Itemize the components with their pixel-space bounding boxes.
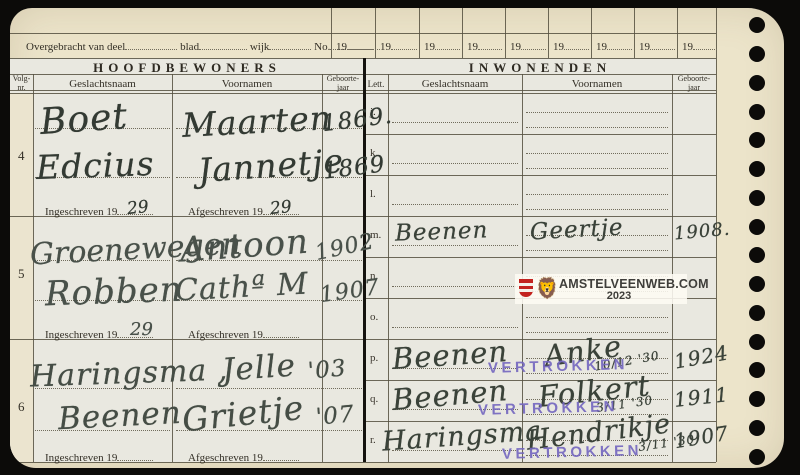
blank-dots bbox=[269, 39, 311, 50]
handwritten-firstname: Maarten bbox=[181, 101, 332, 142]
blank-dots bbox=[125, 39, 177, 50]
handwritten-firstname: Antoon bbox=[179, 225, 310, 268]
handwritten-birthyear: 1908. bbox=[673, 221, 731, 244]
punch-hole bbox=[749, 276, 765, 292]
column-header-geboortejaar: Geboorte-jaar bbox=[322, 75, 364, 92]
year-cell: 19 bbox=[682, 39, 717, 53]
punch-hole bbox=[749, 75, 765, 91]
grid-line bbox=[364, 134, 716, 135]
lion-rampant-icon: 🦁 bbox=[537, 276, 558, 300]
writing-line bbox=[392, 327, 518, 328]
punch-hole bbox=[749, 17, 765, 33]
row-letter: l. bbox=[370, 188, 376, 200]
blank-dots bbox=[199, 39, 247, 50]
punch-hole bbox=[749, 46, 765, 62]
column-header-volgnr: Volg-nr. bbox=[10, 75, 33, 92]
no-label: No. bbox=[314, 41, 330, 53]
punch-hole bbox=[749, 132, 765, 148]
writing-line bbox=[526, 209, 668, 210]
handwritten-birthyear: 1911 bbox=[673, 384, 730, 410]
year-cell: 19 bbox=[510, 39, 546, 53]
year-cell: 19 bbox=[380, 39, 417, 53]
watermark-site: AMSTELVEENWEB.COM bbox=[559, 277, 709, 291]
grid-line bbox=[591, 8, 592, 58]
year-cell: 19 bbox=[467, 39, 502, 53]
handwritten-birthyear: '07 bbox=[315, 403, 355, 429]
handwritten-surname: Haringsma , bbox=[30, 356, 229, 393]
column-header-voornamen: Voornamen bbox=[522, 78, 672, 90]
punch-hole bbox=[749, 190, 765, 206]
grid-line bbox=[672, 74, 673, 462]
volgnr: 5 bbox=[18, 266, 25, 282]
punch-hole bbox=[749, 362, 765, 378]
ingeschreven-line: Ingeschreven 1929 bbox=[45, 204, 153, 218]
section-title-hoofdbewoners: HOOFDBEWONERS bbox=[10, 60, 364, 76]
punch-hole bbox=[749, 449, 765, 465]
row-letter: p. bbox=[370, 352, 378, 364]
punch-hole bbox=[749, 104, 765, 120]
ingeschreven-line: Ingeschreven 19 bbox=[45, 450, 153, 464]
column-header-geslachtsnaam: Geslachtsnaam bbox=[388, 78, 522, 90]
row-letter: q. bbox=[370, 393, 378, 405]
ingeschreven-line: Ingeschreven 1929 bbox=[45, 327, 153, 341]
writing-line bbox=[526, 168, 668, 169]
handwritten-birthyear: 1907 bbox=[673, 423, 730, 451]
blad-label: blad bbox=[180, 41, 199, 53]
punch-hole bbox=[749, 420, 765, 436]
register-card: LEDGER Overgebracht van deel blad wijk N… bbox=[10, 8, 784, 468]
transfer-line: Overgebracht van deel blad wijk No. bbox=[26, 39, 380, 53]
column-header-lett: Lett. bbox=[364, 79, 388, 89]
punch-hole bbox=[749, 219, 765, 235]
grid-line bbox=[364, 175, 716, 176]
handwritten-surname: Beenen bbox=[395, 219, 489, 245]
afgeschreven-line: Afgeschreven 19 bbox=[188, 450, 299, 464]
scanned-register-card: LEDGER Overgebracht van deel blad wijk N… bbox=[0, 0, 800, 475]
transfer-label: Overgebracht van deel bbox=[26, 41, 125, 53]
column-header-geboortejaar: Geboorte-jaar bbox=[672, 75, 716, 92]
grid-line bbox=[364, 257, 716, 258]
writing-line bbox=[526, 194, 668, 195]
writing-line bbox=[392, 122, 518, 123]
year-cell: 19 bbox=[424, 39, 460, 53]
punch-hole bbox=[749, 305, 765, 321]
writing-line bbox=[392, 286, 518, 287]
writing-line bbox=[526, 153, 668, 154]
afgeschreven-line: Afgeschreven 1929 bbox=[188, 204, 299, 218]
handwritten-surname: Edcius bbox=[35, 147, 155, 184]
handwritten-firstname: Cathª M bbox=[174, 270, 309, 307]
section-title-inwonenden: INWONENDEN bbox=[364, 60, 716, 76]
handwritten-birthyear: '03 bbox=[307, 357, 347, 383]
grid-line bbox=[10, 33, 716, 34]
handwritten-surname: Boet bbox=[39, 99, 129, 141]
wijk-label: wijk bbox=[250, 41, 270, 53]
volgnr: 4 bbox=[18, 148, 25, 164]
handwritten-year: 29 bbox=[269, 197, 293, 219]
punch-hole bbox=[749, 391, 765, 407]
afgeschreven-line: Afgeschreven 19 bbox=[188, 327, 299, 341]
punch-hole bbox=[749, 161, 765, 177]
writing-line bbox=[526, 127, 668, 128]
grid-line bbox=[677, 8, 678, 58]
handwritten-surname: Robben bbox=[44, 273, 183, 312]
writing-line bbox=[392, 204, 518, 205]
grid-line bbox=[388, 74, 389, 462]
column-header-geslachtsnaam: Geslachtsnaam bbox=[33, 78, 172, 90]
year-cell: 19 bbox=[553, 39, 589, 53]
grid-line bbox=[505, 8, 506, 58]
site-watermark: 🦁 AMSTELVEENWEB.COM 2023 bbox=[515, 274, 687, 304]
volgnr: 6 bbox=[18, 399, 25, 415]
amstelveen-coat-of-arms-icon bbox=[519, 279, 533, 297]
punch-hole bbox=[749, 247, 765, 263]
grid-line bbox=[419, 8, 420, 58]
column-header-voornamen: Voornamen bbox=[172, 78, 322, 90]
writing-line bbox=[526, 317, 668, 318]
handwritten-firstname: Geertje bbox=[529, 217, 624, 245]
row-letter: r. bbox=[370, 434, 376, 446]
grid-line bbox=[548, 8, 549, 58]
year-cell: 19 bbox=[336, 39, 373, 53]
year-cell: 19 bbox=[639, 39, 675, 53]
handwritten-year: 29 bbox=[130, 319, 153, 340]
writing-line bbox=[392, 163, 518, 164]
handwritten-surname: Beenen bbox=[57, 398, 182, 435]
punch-hole bbox=[749, 334, 765, 350]
year-cell: 19 bbox=[596, 39, 632, 53]
row-letter: o. bbox=[370, 311, 378, 323]
watermark-year: 2023 bbox=[559, 290, 679, 302]
grid-line bbox=[634, 8, 635, 58]
grid-line bbox=[462, 8, 463, 58]
writing-line bbox=[526, 250, 668, 251]
handwritten-year: 29 bbox=[126, 197, 150, 219]
handwritten-firstname: Jelle bbox=[221, 350, 297, 386]
writing-line bbox=[526, 112, 668, 113]
